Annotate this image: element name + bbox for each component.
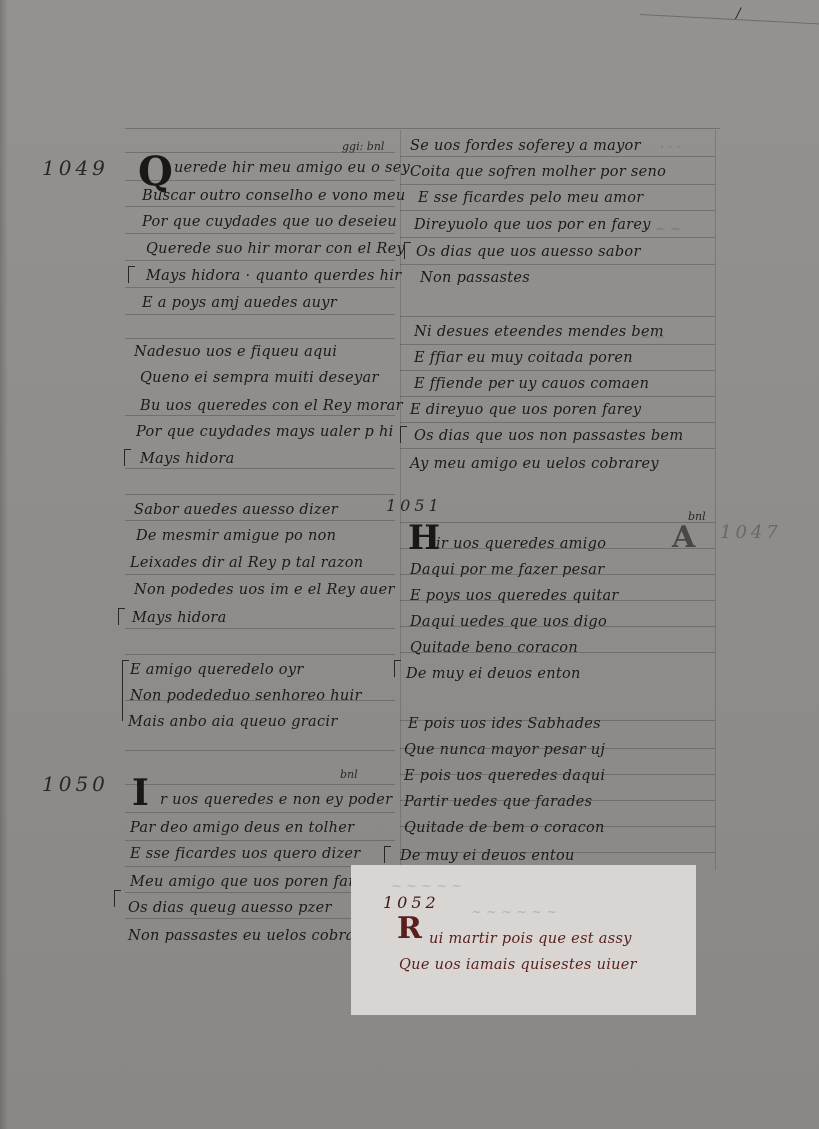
corner-mark: / <box>736 6 741 22</box>
ruling-line <box>400 184 715 185</box>
ruling-line <box>125 494 395 495</box>
verse-line: r uos queredes e non ey poder <box>160 792 392 808</box>
faded-margin-number: 1047 <box>720 522 782 543</box>
bleed-through-text: ~ ~ ~ ~ ~ ~ <box>471 905 557 920</box>
ruling-line <box>400 396 715 397</box>
verse-line: Coita que sofren molher por seno <box>410 164 666 180</box>
ruling-line <box>400 448 715 449</box>
verse-line: Ni desues eteendes mendes bem <box>414 324 664 340</box>
ruling-line <box>125 892 355 893</box>
ruling-line <box>125 415 395 416</box>
verse-line: E poys uos queredes quitar <box>410 588 619 604</box>
ruling-line <box>400 370 715 371</box>
guide-letter: A <box>672 520 695 555</box>
verse-line: Daqui uedes que uos digo <box>410 614 607 630</box>
refrain-mark <box>384 846 391 863</box>
verse-line: Mays hidora <box>140 451 235 467</box>
ruling-line <box>400 156 715 157</box>
column-rule <box>715 130 716 870</box>
verse-line: Non podedes uos im e el Rey auer <box>134 582 395 598</box>
verse-line: De mesmir amigue po non <box>136 528 336 544</box>
ruling-line <box>125 574 395 575</box>
refrain-mark <box>128 266 135 283</box>
verse-line: Os dias que uos auesso sabor <box>416 244 641 260</box>
ruling-line <box>125 287 395 288</box>
verse-line: E amigo queredelo oyr <box>130 662 304 678</box>
verse-line: Bu uos queredes con el Rey morar <box>140 398 403 414</box>
ruling-line <box>400 237 715 238</box>
ruling-line <box>125 233 395 234</box>
verse-line: ui martir pois que est assy <box>429 931 632 947</box>
verse-line: Os dias que uos non passastes bem <box>414 428 683 444</box>
refrain-mark <box>394 660 401 677</box>
verse-line: Mays hidora · quanto querdes hir <box>146 268 401 284</box>
verse-line: E a poys amj auedes auyr <box>142 295 337 311</box>
ruling-line <box>125 654 395 655</box>
verse-line: Que uos iamais quisestes uiuer <box>399 957 637 973</box>
verse-line: Meu amigo que uos poren farey <box>130 874 373 890</box>
verse-line: Mays hidora <box>132 610 227 626</box>
verse-line: Se uos fordes soferey a mayor <box>410 138 641 154</box>
ruling-line <box>400 210 715 211</box>
ruling-line <box>125 314 395 315</box>
refrain-mark <box>404 242 411 259</box>
inset-patch: ~ ~ ~ ~ ~ ~ ~ ~ ~ ~ ~ 1052 R ui martir p… <box>351 865 696 1015</box>
verse-line: E sse ficardes uos quero dizer <box>130 846 361 862</box>
verse-line: Partir uedes que farades <box>404 794 592 810</box>
page-edge <box>640 0 819 24</box>
ruling-line <box>125 628 395 629</box>
decorated-initial: R <box>397 911 422 946</box>
verse-line: Non passastes eu uelos cobrarey <box>128 928 379 944</box>
verse-line: Mais anbo aia queuo gracir <box>128 714 338 730</box>
verse-line: E pois uos queredes daqui <box>404 768 605 784</box>
ruling-line <box>125 520 395 521</box>
ruling-line <box>125 338 395 339</box>
verse-line: Non podededuo senhoreo huir <box>130 688 362 704</box>
refrain-bracket <box>122 660 129 721</box>
verse-line: Por que cuydades mays ualer p hi <box>136 424 394 440</box>
refrain-mark <box>400 426 407 443</box>
bleed-through-text: · · · <box>660 140 681 155</box>
marginal-note: ggi: bnl <box>342 140 384 153</box>
ruling-line <box>125 260 395 261</box>
verse-line: Non passastes <box>420 270 530 286</box>
verse-line: E sse ficardes pelo meu amor <box>418 190 643 206</box>
verse-line: E pois uos ides Sabhades <box>408 716 601 732</box>
verse-line: Nadesuo uos e fiqueu aqui <box>134 344 337 360</box>
verse-line: De muy ei deuos entou <box>400 848 575 864</box>
verse-line: De muy ei deuos enton <box>406 666 581 682</box>
refrain-mark <box>124 449 131 466</box>
verse-line: Quitade de bem o coracon <box>404 820 605 836</box>
refrain-mark <box>114 890 121 907</box>
manuscript-page: / · · · ~ ~ ~ ~ ~ 1049 ggi <box>0 0 819 1129</box>
bleed-through-text: ~ ~ ~ ~ ~ <box>391 879 462 894</box>
verse-line: Que nunca mayor pesar uj <box>404 742 605 758</box>
ruling-line <box>125 468 395 469</box>
ruling-line <box>400 316 715 317</box>
poem-number: 1052 <box>383 893 440 912</box>
poem-number: 1049 <box>42 156 109 180</box>
verse-line: Leixades dir al Rey p tal razon <box>130 555 363 571</box>
verse-line: Par deo amigo deus en tolher <box>130 820 354 836</box>
verse-line: Ay meu amigo eu uelos cobrarey <box>410 456 659 472</box>
verse-line: Querede suo hir morar con el Rey <box>146 241 405 257</box>
ruling-line <box>400 522 715 523</box>
verse-line: Sabor auedes auesso dizer <box>134 502 338 518</box>
marginal-note: bnl <box>340 768 358 781</box>
verse-line: ir uos queredes amigo <box>436 536 606 552</box>
ruling-line <box>125 784 395 785</box>
verse-line: Por que cuydades que uo deseieu <box>142 214 397 230</box>
ruling-line <box>125 918 355 919</box>
verse-line: Queno ei sempra muiti deseyar <box>140 370 379 386</box>
ruling-line <box>400 344 715 345</box>
ruling-line <box>400 422 715 423</box>
refrain-mark <box>118 608 125 625</box>
decorated-initial: I <box>132 772 149 814</box>
ruling-line <box>125 750 395 751</box>
ruling-line <box>125 812 395 813</box>
ruling-line <box>125 840 395 841</box>
verse-line: E direyuo que uos poren farey <box>410 402 641 418</box>
poem-number: 1051 <box>386 496 443 515</box>
verse-line: Quitade beno coracon <box>410 640 578 656</box>
verse-line: E ffiende per uy cauos comaen <box>414 376 649 392</box>
ruling-line <box>400 264 715 265</box>
poem-number: 1050 <box>42 772 109 796</box>
ruling-line <box>125 206 395 207</box>
verse-line: uerede hir meu amigo eu o sey <box>174 160 410 176</box>
verse-line: Daqui por me fazer pesar <box>410 562 604 578</box>
ruling-line <box>125 128 720 129</box>
verse-line: E ffiar eu muy coitada poren <box>414 350 633 366</box>
verse-line: Direyuolo que uos por en farey <box>414 217 651 233</box>
verse-line: Buscar outro conselho e vono meu <box>142 188 406 204</box>
verse-line: Os dias queug auesso pzer <box>128 900 332 916</box>
